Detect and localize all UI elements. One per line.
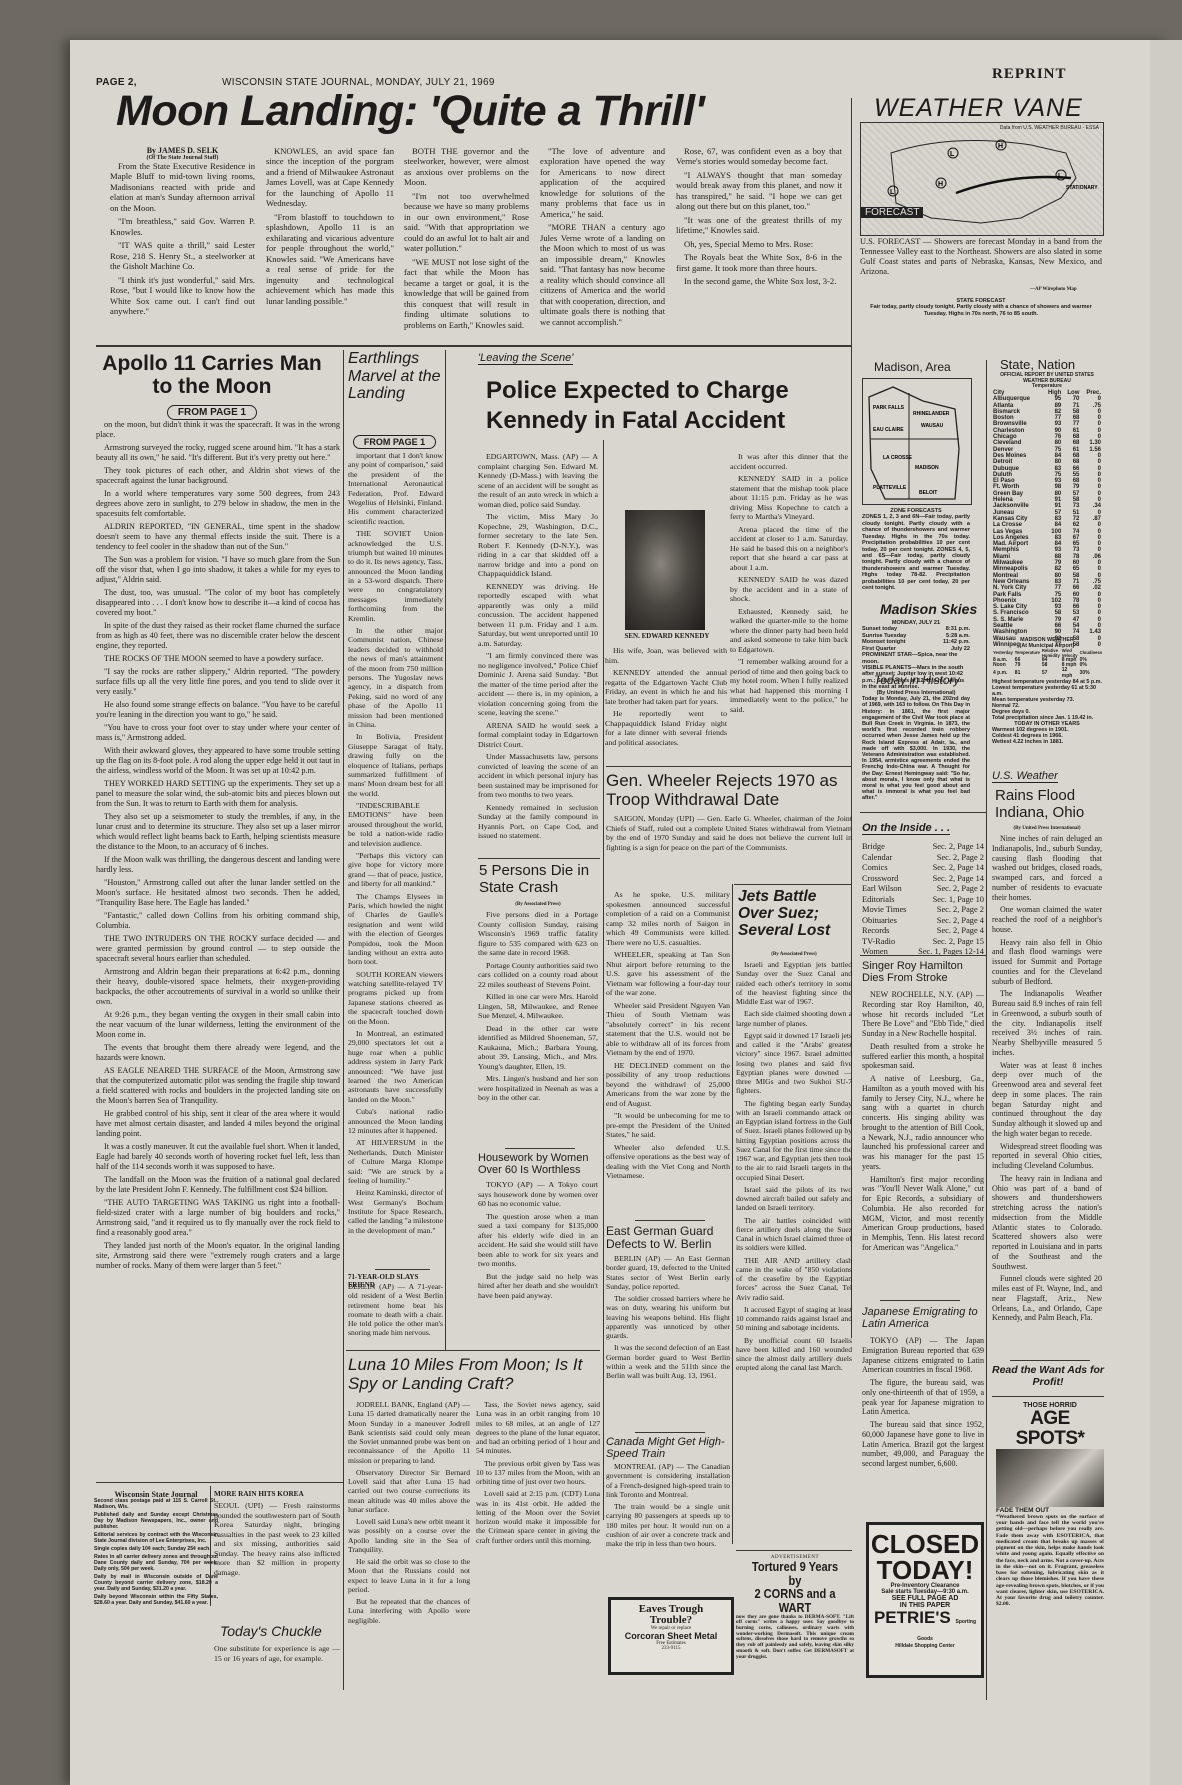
paragraph: TOKYO (AP) — The Japan Emigration Bureau…: [862, 1336, 984, 1375]
paragraph: "THE AUTO TARGETING WAS TAKING us right …: [96, 1198, 340, 1238]
paragraph: The heavy rain in Indiana and Ohio was p…: [992, 1174, 1102, 1272]
paragraph: WHEELER, speaking at Tan Son Nhut airpor…: [606, 950, 730, 998]
lead-story-col1: By JAMES D. SELK (Of The State Journal S…: [110, 146, 255, 320]
paragraph: "I ALWAYS thought that man someday would…: [676, 170, 842, 212]
paragraph: JODRELL BANK, England (AP) — Luna 15 dar…: [348, 1400, 470, 1465]
lead-story-text: From the State Executive Residence in Ma…: [110, 161, 255, 317]
chuckle-title: Today's Chuckle: [220, 1624, 322, 1639]
paragraph: Arena placed the time of the accident at…: [730, 525, 848, 573]
crash-headline: 5 Persons Die in State Crash: [479, 863, 599, 896]
on-the-inside-index: BridgeSec. 2, Page 14CalendarSec. 2, Pag…: [862, 842, 984, 958]
kennedy-headline: Police Expected to Charge Kennedy in Fat…: [486, 376, 856, 436]
paragraph: "Houston," Armstrong called out after th…: [96, 878, 340, 908]
paragraph: Lovell said at 2:15 p.m. (CDT) Luna was …: [476, 1489, 600, 1545]
crash-credit: (By Associated Press): [478, 902, 598, 907]
paragraph: Widespread street flooding was reported …: [992, 1142, 1102, 1171]
paragraph: MONTREAL (AP) — The Canadian government …: [606, 1462, 730, 1499]
wisconsin-zone-map: PARK FALLS RHINELANDER WAUSAU EAU CLAIRE…: [862, 378, 972, 505]
paragraph: Cuba's national radio announced the Moon…: [348, 1107, 443, 1135]
paragraph: In a world where temperatures vary some …: [96, 489, 340, 519]
paragraph: Israeli and Egyptian jets battled Sunday…: [736, 960, 852, 1006]
index-item[interactable]: Earl WilsonSec. 2, Page 2: [862, 884, 984, 895]
paragraph: At 9:26 p.m., they began venting the oxy…: [96, 1010, 340, 1040]
prominent-star: PROMINENT STAR—Spica, near the moon.: [862, 652, 970, 665]
index-item[interactable]: ObituariesSec. 2, Page 4: [862, 916, 984, 927]
lead-story-col3: BOTH THE governor and the steelworker, h…: [404, 146, 529, 333]
corns-wart-ad[interactable]: ADVERTISEMENT Tortured 9 Years by 2 CORN…: [736, 1555, 854, 1660]
japanese-headline: Japanese Emigrating to Latin America: [862, 1306, 986, 1330]
from-page-1-pill: FROM PAGE 1: [167, 405, 257, 420]
paragraph: BERLIN (AP) — An East German border guar…: [606, 1254, 730, 1291]
paragraph: THE SOVIET Union acknowledged the U.S. t…: [348, 529, 443, 623]
paragraph: Each side claimed shooting down a large …: [736, 1009, 852, 1028]
paragraph: From the State Executive Residence in Ma…: [110, 161, 255, 213]
paragraph: THE AIR AND artillery clash came in the …: [736, 1256, 852, 1302]
paragraph: The Sun was a problem for vision. "I hav…: [96, 555, 340, 585]
japanese-story: TOKYO (AP) — The Japan Emigration Bureau…: [862, 1336, 984, 1472]
luna-headline: Luna 10 Miles From Moon; Is It Spy or La…: [348, 1356, 608, 1393]
paragraph: The events that brought them there alrea…: [96, 1043, 340, 1063]
paragraph: The question arose when a man sued a tax…: [478, 1212, 598, 1269]
paragraph: "I think it's just wonderful," said Mrs.…: [110, 275, 255, 317]
svg-text:MADISON: MADISON: [915, 465, 939, 471]
paragraph: EDGARTOWN, Mass. (AP) — A complaint char…: [478, 452, 598, 509]
apollo-story: on the moon, but didn't think it was the…: [96, 420, 340, 1274]
canada-headline: Canada Might Get High-Speed Train: [606, 1436, 734, 1460]
paragraph: In the other major Communist nation, Chi…: [348, 626, 443, 729]
paragraph: In the second game, the White Sox lost, …: [676, 276, 842, 286]
corcoran-eaves-trough-ad[interactable]: Eaves Trough Trouble? We repair or repla…: [608, 1597, 734, 1675]
paragraph: Wheeler said President Nguyen Van Thieu …: [606, 1001, 730, 1058]
hamilton-headline: Singer Roy Hamilton Dies From Stroke: [862, 960, 986, 984]
paragraph: Water was at least 8 inches deep over mu…: [992, 1061, 1102, 1139]
temperature-label: Temperature: [992, 384, 1102, 390]
svg-text:L: L: [890, 189, 895, 196]
paragraph: The victim, Miss Mary Jo Kopechne, 29, W…: [478, 512, 598, 579]
publisher-line: Editorial services by contract with the …: [94, 1533, 218, 1545]
paragraph: Egypt said it downed 17 Israeli jets and…: [736, 1031, 852, 1096]
paragraph: Nine inches of rain deluged an Indianapo…: [992, 834, 1102, 902]
paragraph: The Indianapolis Weather Bureau said 8.9…: [992, 989, 1102, 1057]
us-weather-map: Data from U.S. WEATHER BUREAU - ESSA L H…: [860, 122, 1104, 236]
state-forecast: STATE FORECAST Fair today, partly cloudy…: [860, 298, 1102, 317]
paragraph: KENNEDY SAID in a police statement that …: [730, 474, 848, 522]
chuckle-text: One substitute for experience is age — 1…: [214, 1644, 340, 1663]
state-nation-title: State, Nation: [1000, 358, 1075, 372]
east-german-headline: East German Guard Defects to W. Berlin: [606, 1225, 734, 1251]
us-weather-story: Nine inches of rain deluged an Indianapo…: [992, 834, 1102, 1326]
publisher-line: Published daily and Sunday except Christ…: [94, 1513, 218, 1531]
paragraph: He said the orbit was so close to the Mo…: [348, 1557, 470, 1594]
paragraph: "IT WAS quite a thrill," said Lester Ros…: [110, 240, 255, 271]
paragraph: As he spoke, U.S. military spokesmen ann…: [606, 890, 730, 947]
ad-corns-text: now they are gone thanks to DERMA-SOFT. …: [736, 1615, 854, 1661]
madison-skies-title: Madison Skies: [880, 602, 977, 617]
state-nation-subtitle: OFFICIAL REPORT BY UNITED STATES WEATHER…: [992, 373, 1102, 390]
paragraph: The fighting began early Sunday with an …: [736, 1099, 852, 1182]
svg-text:H: H: [998, 143, 1003, 150]
svg-text:EAU CLAIRE: EAU CLAIRE: [873, 427, 904, 433]
ad-closed: CLOSED: [869, 1531, 981, 1557]
paragraph: Armstrong and Aldrin began their prepara…: [96, 967, 340, 1007]
paragraph: SOUTH KOREAN viewers watching satellite-…: [348, 970, 443, 1026]
paragraph: Rose, 67, was confident even as a boy th…: [676, 146, 842, 167]
from-page-1-pill-2: FROM PAGE 1: [353, 435, 436, 449]
publisher-box: Wisconsin State Journal Second class pos…: [94, 1490, 218, 1609]
paragraph: Wheeler also defended U.S. offensive ope…: [606, 1143, 730, 1181]
lead-story-col5: Rose, 67, was confident even as a boy th…: [676, 146, 842, 290]
paragraph: It was after this dinner that the accide…: [730, 452, 848, 471]
suez-headline: Jets Battle Over Suez; Several Lost: [738, 888, 852, 939]
kennedy-kicker: 'Leaving the Scene': [478, 352, 573, 365]
other-year-record: Wettest 4.22 inches in 1881.: [992, 739, 1102, 745]
paragraph: A native of Leesburg, Ga., Hamilton as a…: [862, 1074, 984, 1172]
korea-story: SEOUL (UPI) — Fresh rainstorms pounded t…: [214, 1501, 340, 1577]
slays-friend-story: BERLIN (AP) — A 71-year-old resident of …: [348, 1282, 443, 1338]
today-in-history-title: Today in History: [874, 674, 960, 687]
paragraph: Armstrong surveyed the rocky, rugged sce…: [96, 443, 340, 463]
ad-see-full-page: SEE FULL PAGE AD: [869, 1595, 981, 1602]
paragraph: Oh, yes, Special Memo to Mrs. Rose:: [676, 239, 842, 249]
next-page-edge: [1150, 40, 1182, 1785]
ad-age-spots: AGE SPOTS*: [996, 1409, 1104, 1449]
paragraph: The soldier crossed barriers where he wa…: [606, 1294, 730, 1340]
east-german-story: BERLIN (AP) — An East German border guar…: [606, 1254, 730, 1383]
publisher-line: Daily by mail in Wisconsin outside of Da…: [94, 1575, 218, 1593]
us-forecast-text: U.S. FORECAST — Showers are forecast Mon…: [860, 237, 1102, 277]
paragraph: The Champs Elysees in Paris, which howle…: [348, 892, 443, 967]
paragraph: ALDRIN REPORTED, "IN GENERAL, time spent…: [96, 522, 340, 552]
paragraph: They landed just north of the Moon's equ…: [96, 1241, 340, 1271]
index-item[interactable]: ComicsSec. 2, Page 14: [862, 863, 984, 874]
history-text: Today is Monday, July 21, the 202nd day …: [862, 696, 970, 801]
age-spots-ad[interactable]: THOSE HORRID AGE SPOTS* FADE THEM OUT *W…: [996, 1402, 1104, 1608]
paragraph: They also set up a seismometer to study …: [96, 812, 340, 852]
paragraph: It was a costly maneuver. It cut the ava…: [96, 1142, 340, 1172]
wheeler-story-lead: SAIGON, Monday (UPI) — Gen. Earle G. Whe…: [606, 814, 852, 855]
wisconsin-outline: PARK FALLS RHINELANDER WAUSAU EAU CLAIRE…: [863, 379, 971, 504]
paragraph: Hamilton's first major recording was "Yo…: [862, 1175, 984, 1253]
paragraph: ARENA SAID he would seek a formal compla…: [478, 721, 598, 750]
index-item[interactable]: BridgeSec. 2, Page 14: [862, 842, 984, 853]
lead-byline: By JAMES D. SELK: [110, 146, 255, 155]
paragraph: "I say the rocks are rather slippery," A…: [96, 667, 340, 697]
want-ads-promo[interactable]: Read the Want Ads for Profit!: [992, 1365, 1104, 1388]
paragraph: Lovell said Luna's new orbit meant it wa…: [348, 1517, 470, 1554]
luna-story-col2: Tass, the Soviet news agency, said Luna …: [476, 1400, 600, 1548]
paragraph: He grabbed control of his ship, sent it …: [96, 1109, 340, 1139]
hamilton-story: NEW ROCHELLE, N.Y. (AP) — Recording star…: [862, 990, 984, 1256]
paragraph: "You have to cross your foot over to sta…: [96, 723, 340, 743]
reprint-label: REPRINT: [992, 66, 1067, 83]
today-in-history: (By United Press International) Today is…: [862, 690, 970, 802]
paragraph: KENNEDY SAID he was dazed by the acciden…: [730, 575, 848, 604]
suez-credit: (By Associated Press): [736, 952, 852, 957]
paragraph: THE ROCKS OF THE MOON seemed to have a p…: [96, 654, 340, 664]
ad-corcoran: Corcoran Sheet Metal: [611, 1631, 731, 1641]
index-item[interactable]: RecordsSec. 2, Page 4: [862, 926, 984, 937]
on-the-inside-title: On the Inside . . .: [862, 822, 950, 835]
svg-text:WAUSAU: WAUSAU: [921, 423, 944, 429]
paragraph: Dead in the other car were identified as…: [478, 1024, 598, 1072]
paragraph: AS EAGLE NEARED THE SURFACE of the Moon,…: [96, 1066, 340, 1106]
crash-story: Five persons died in a Portage County co…: [478, 910, 598, 1106]
paragraph: "WE MUST not lose sight of the fact that…: [404, 257, 529, 330]
paragraph: Heavy rain also fell in Ohio and flash f…: [992, 938, 1102, 987]
paragraph: The train would be a single unit carryin…: [606, 1502, 730, 1548]
weather-note: Lowest temperature yesterday 61 at 5:30 …: [992, 685, 1102, 697]
paragraph: important that I don't know any point of…: [348, 451, 443, 526]
zone-forecasts-text: ZONES 1, 2, 3 and 6N—Fair today, partly …: [862, 514, 970, 591]
paragraph: Israel said the pilots of its two downed…: [736, 1185, 852, 1213]
paragraph: The figure, the bureau said, was only on…: [862, 1378, 984, 1417]
state-forecast-text: Fair today, partly cloudy tonight. Partl…: [860, 304, 1102, 317]
paragraph: "I am firmly convinced there was no negl…: [478, 651, 598, 718]
svg-text:BELOIT: BELOIT: [919, 490, 937, 496]
madison-weather: MADISON WEATHER (At Municipal Airport) Y…: [992, 637, 1102, 745]
paragraph: AT HILVERSUM in the Netherlands, Dutch M…: [348, 1138, 443, 1185]
city-temperature-table: CityHighLowPrec.Albuquerque95700Atlanta8…: [992, 390, 1102, 648]
paragraph: The air battles coincided with fierce ar…: [736, 1216, 852, 1253]
svg-text:H: H: [938, 181, 943, 188]
index-item[interactable]: EditorialsSec. 1, Page 10: [862, 895, 984, 906]
paragraph: It accused Egypt of staging at least 10 …: [736, 1305, 852, 1333]
apollo-headline: Apollo 11 Carries Man to the Moon: [96, 352, 328, 398]
paragraph: The previous orbit given by Tass was 10 …: [476, 1459, 600, 1487]
paragraph: NEW ROCHELLE, N.Y. (AP) — Recording star…: [862, 990, 984, 1039]
svg-text:PLATTEVILLE: PLATTEVILLE: [873, 485, 907, 491]
table-row: 4 p.m.815712 mph30%: [992, 668, 1103, 679]
paragraph: If the Moon walk was thrilling, the dang…: [96, 855, 340, 875]
index-item[interactable]: Movie TimesSec. 2, Page 2: [862, 905, 984, 916]
housework-story: TOKYO (AP) — A Tokyo court says housewor…: [478, 1180, 598, 1303]
lead-story-col4: "The love of adventure and exploration h…: [540, 146, 665, 330]
ad-tortured: Tortured 9 Years by: [745, 1560, 845, 1587]
wheeler-headline: Gen. Wheeler Rejects 1970 as Troop Withd…: [606, 772, 856, 809]
kennedy-photo-caption: SEN. EDWARD KENNEDY: [612, 632, 722, 640]
earthlings-jump-label: FROM PAGE 1: [346, 432, 443, 450]
lead-story-col2: KNOWLES, an avid space fan since the inc…: [266, 146, 394, 309]
us-forecast-credit: —AP Wirephoto Map: [1030, 287, 1077, 292]
paragraph: Killed in one car were Mrs. Harold Linge…: [478, 992, 598, 1021]
paragraph: TOKYO (AP) — A Tokyo court says housewor…: [478, 1180, 598, 1209]
canada-story: MONTREAL (AP) — The Canadian government …: [606, 1462, 730, 1551]
paragraph: Death resulted from a stroke he suffered…: [862, 1042, 984, 1071]
paragraph: It was the second defection of an East G…: [606, 1343, 730, 1380]
paragraph: One woman claimed the water reached the …: [992, 905, 1102, 934]
housework-headline: Housework by Women Over 60 Is Worthless: [478, 1152, 602, 1176]
paragraph: "I'm breathless," said Gov. Warren P. Kn…: [110, 216, 255, 237]
publisher-line: Single copies daily 10¢ each; Sunday 25¢…: [94, 1547, 218, 1553]
paragraph: With their awkward gloves, they appeared…: [96, 746, 340, 776]
forecast-label: FORECAST: [861, 207, 923, 218]
publisher-line: Rates in all carrier delivery zones and …: [94, 1555, 218, 1573]
lead-headline: Moon Landing: 'Quite a Thrill': [116, 90, 704, 133]
svg-text:STATIONARY: STATIONARY: [1066, 185, 1098, 191]
paragraph: "The love of adventure and exploration h…: [540, 146, 665, 219]
paragraph: THE TWO INTRUDERS ON THE ROCKY surface d…: [96, 934, 340, 964]
paragraph: The dust, too, was unusual. "The color o…: [96, 588, 340, 618]
ad-age-spots-text: *Weathered brown spots on the surface of…: [996, 1514, 1104, 1608]
us-weather-credit: (By United Press International): [992, 826, 1102, 831]
paragraph: But he repeated that the chances of Luna…: [348, 1597, 470, 1625]
hand-illustration: [996, 1449, 1104, 1507]
ad-petries-brand: PETRIE'S: [874, 1608, 951, 1627]
suez-story: Israeli and Egyptian jets battled Sunday…: [736, 960, 852, 1376]
paragraph: In spite of the dust they raised as thei…: [96, 621, 340, 651]
wheeler-story-col1: As he spoke, U.S. military spokesmen ann…: [606, 890, 730, 1184]
ad-fade-them-out: FADE THEM OUT: [996, 1507, 1104, 1514]
paragraph: SAIGON, Monday (UPI) — Gen. Earle G. Whe…: [606, 814, 852, 852]
kennedy-story-col2: His wife, Joan, was believed with him.KE…: [605, 646, 727, 750]
paragraph: "Fantastic," called down Collins from hi…: [96, 911, 340, 931]
ad-corns-wart: 2 CORNS and a WART: [745, 1587, 845, 1614]
paragraph: Observatory Director Sir Bernard Lovell …: [348, 1468, 470, 1514]
paragraph: Five persons died in a Portage County co…: [478, 910, 598, 958]
paragraph: By unofficial count 60 Israelis have bee…: [736, 1336, 852, 1373]
madison-area-title: Madison, Area: [874, 361, 951, 374]
ad-phone: 233-9115: [611, 1646, 731, 1651]
paragraph: His wife, Joan, was believed with him.: [605, 646, 727, 665]
paragraph: BOTH THE governor and the steelworker, h…: [404, 146, 529, 188]
paragraph: Exhausted, Kennedy said, he walked the q…: [730, 607, 848, 655]
paragraph: Heinz Kaminski, director of West Germany…: [348, 1188, 443, 1235]
svg-text:PARK FALLS: PARK FALLS: [873, 405, 905, 411]
svg-text:L: L: [1058, 173, 1063, 180]
zone-forecasts: ZONE FORECASTS ZONES 1, 2, 3 and 6N—Fair…: [862, 508, 970, 591]
index-item[interactable]: TV-RadioSec. 2, Page 15: [862, 937, 984, 948]
luna-story-col1: JODRELL BANK, England (AP) — Luna 15 dar…: [348, 1400, 470, 1628]
paragraph: The bureau said that since 1952, 60,000 …: [862, 1420, 984, 1469]
paragraph: on the moon, but didn't think it was the…: [96, 420, 340, 440]
index-item[interactable]: CalendarSec. 2, Page 2: [862, 853, 984, 864]
svg-text:RHINELANDER: RHINELANDER: [913, 411, 950, 417]
paragraph: "From blastoff to touchdown to splashdow…: [266, 212, 394, 306]
edward-kennedy-photo: [625, 510, 705, 630]
paragraph: Funnel clouds were sighted 20 miles east…: [992, 1274, 1102, 1323]
paragraph: "It was one of the greatest thrills of m…: [676, 215, 842, 236]
petries-closed-today-ad[interactable]: CLOSED TODAY! Pre-Inventory Clearance Sa…: [866, 1522, 984, 1678]
ad-trouble: Trouble?: [611, 1615, 731, 1626]
paragraph: He reportedly went to Chappaquiddick Isl…: [605, 709, 727, 747]
paragraph: "I'm not too overwhelmed because we have…: [404, 191, 529, 254]
earthlings-story: important that I don't know any point of…: [348, 451, 443, 1238]
kennedy-story-col3: It was after this dinner that the accide…: [730, 452, 848, 717]
paragraph: "MORE THAN a century ago Jules Verne wro…: [540, 222, 665, 327]
paragraph: In Montreal, an estimated 29,000 spectat…: [348, 1029, 443, 1104]
paragraph: In Bolivia, President Giuseppe Saragat o…: [348, 732, 443, 798]
paragraph: He also found some strange effects on ba…: [96, 700, 340, 720]
publisher-line: Second class postage paid at 115 S. Carr…: [94, 1499, 218, 1511]
paragraph: "It would be unbecoming for me to pre-em…: [606, 1111, 730, 1140]
paragraph: They took pictures of each other, and Al…: [96, 466, 340, 486]
ad-today: TODAY!: [869, 1557, 981, 1583]
paragraph: Under Massachusetts law, persons convict…: [478, 752, 598, 800]
svg-text:LA CROSSE: LA CROSSE: [883, 455, 913, 461]
map-fronts: L H L H L STATIONARY: [861, 123, 1103, 235]
paragraph: KENNEDY was driving. He reportedly escap…: [478, 582, 598, 649]
svg-text:L: L: [950, 151, 955, 158]
paragraph: KENNEDY attended the annual regatta of t…: [605, 668, 727, 706]
kennedy-story-col1: EDGARTOWN, Mass. (AP) — A complaint char…: [478, 452, 598, 844]
paragraph: HE DECLINED comment on the possibility o…: [606, 1061, 730, 1109]
paragraph: The landfall on the Moon was the fruitio…: [96, 1175, 340, 1195]
paragraph: The Royals beat the White Sox, 8-6 in th…: [676, 252, 842, 273]
us-weather-kicker: U.S. Weather: [992, 770, 1058, 783]
paragraph: THEY WORKED HARD SETTING up the experime…: [96, 779, 340, 809]
paragraph: "INDESCRIBABLE EMOTIONS" have been arous…: [348, 801, 443, 848]
paragraph: "I remember walking around for a period …: [730, 657, 848, 714]
paragraph: But the judge said no help was hired aft…: [478, 1272, 598, 1301]
us-weather-headline: Rains Flood Indiana, Ohio: [995, 788, 1105, 821]
weather-vane-title: WEATHER VANE: [874, 94, 1083, 123]
korea-headline: MORE RAIN HITS KOREA: [214, 1490, 340, 1498]
ad-petries-location: Hilldale Shopping Center: [869, 1643, 981, 1649]
paragraph: Portage County authorities said two cars…: [478, 961, 598, 990]
paragraph: Tass, the Soviet news agency, said Luna …: [476, 1400, 600, 1456]
paragraph: "Perhaps this victory can give hope for …: [348, 851, 443, 889]
earthlings-headline: Earthlings Marvel at the Landing: [348, 350, 443, 403]
publisher-line: Daily beyond Wisconsin within the Fifty …: [94, 1595, 218, 1607]
paragraph: Mrs. Lingen's husband and her son were h…: [478, 1074, 598, 1103]
index-item[interactable]: CrosswordSec. 2, Page 14: [862, 874, 984, 885]
paragraph: KNOWLES, an avid space fan since the inc…: [266, 146, 394, 209]
paragraph: Kennedy remained in seclusion Sunday at …: [478, 803, 598, 841]
apollo-jump-label: FROM PAGE 1: [96, 402, 328, 420]
